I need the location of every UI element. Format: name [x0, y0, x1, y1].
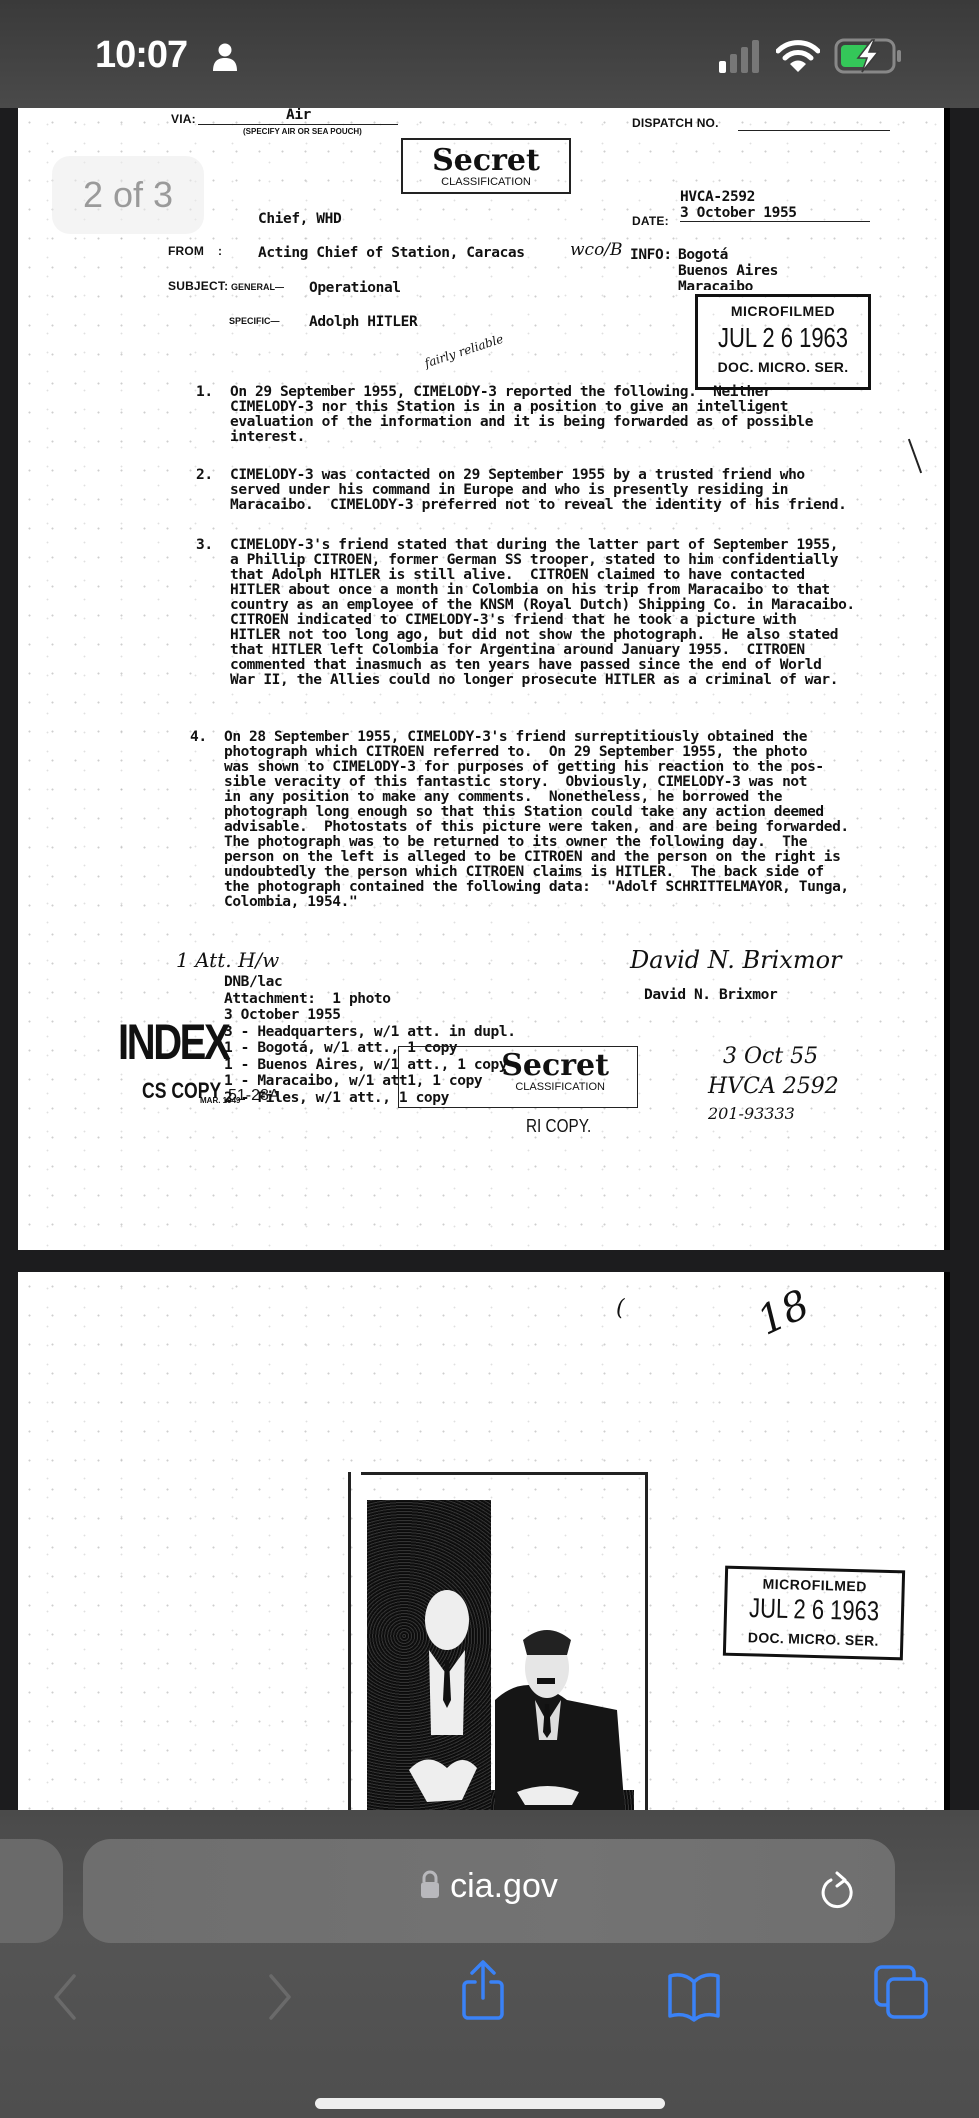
cellular-signal-icon	[718, 39, 762, 73]
via-hint: (SPECIFY AIR OR SEA POUCH)	[243, 127, 362, 136]
classification-box-bottom: Secret CLASSIFICATION	[398, 1046, 638, 1108]
document-page-2: 18 ( MICROFILMED JUL 2 6 1963	[18, 1272, 950, 1812]
address-bar[interactable]: cia.gov	[83, 1839, 895, 1943]
book-icon	[664, 1972, 724, 2022]
handwritten-date: 3 Oct 55	[723, 1044, 818, 1069]
date-label: DATE:	[632, 214, 669, 228]
chevron-right-icon	[265, 1972, 295, 2022]
photo-figures	[367, 1500, 637, 1812]
back-button[interactable]	[50, 1972, 80, 2027]
attached-photograph	[348, 1472, 648, 1812]
handwritten-page-number: 18	[751, 1281, 817, 1344]
index-stamp: INDEX	[118, 1013, 228, 1071]
wifi-icon	[776, 39, 820, 73]
home-indicator[interactable]	[315, 2098, 665, 2109]
via-label: VIA:	[171, 112, 196, 126]
chevron-left-icon	[50, 1972, 80, 2022]
document-viewer[interactable]: VIA: Air (SPECIFY AIR OR SEA POUCH) DISP…	[0, 108, 979, 1810]
ri-copy-stamp: RI COPY.	[526, 1116, 591, 1137]
forward-button[interactable]	[265, 1972, 295, 2027]
specific-value: Adolph HITLER	[309, 315, 417, 330]
via-value: Air	[286, 108, 311, 123]
reload-icon[interactable]	[817, 1867, 857, 1915]
signature-typed: David N. Brixmor	[644, 988, 777, 1003]
person-icon	[212, 42, 238, 72]
from-handwritten: wco/B	[570, 240, 623, 260]
to-value: Chief, WHD	[258, 212, 341, 227]
document-page-1: VIA: Air (SPECIFY AIR OR SEA POUCH) DISP…	[18, 108, 950, 1250]
from-label: FROM	[168, 244, 204, 258]
microfilm-stamp: MICROFILMED JUL 2 6 1963 DOC. MICRO. SER…	[695, 294, 871, 390]
page-counter: 2 of 3	[52, 156, 204, 234]
from-value: Acting Chief of Station, Caracas	[258, 246, 525, 261]
signature: David N. Brixmor	[630, 946, 842, 974]
info-value-2: Buenos Aires	[678, 264, 778, 279]
lock-icon	[420, 1869, 440, 1899]
status-time: 10:07	[95, 34, 187, 77]
info-value-3: Maracaibo	[678, 280, 753, 290]
handwritten-note: fairly reliable	[423, 332, 505, 371]
microfilm-stamp-page-2: MICROFILMED JUL 2 6 1963 DOC. MICRO. SER…	[723, 1566, 905, 1661]
share-icon	[460, 1960, 506, 2020]
specific-label: SPECIFIC—	[229, 316, 280, 326]
status-bar: 10:07	[0, 0, 979, 108]
subject-label: SUBJECT:	[168, 279, 228, 293]
handwritten-file-number: 201-93333	[708, 1104, 795, 1123]
classification-box-top: Secret CLASSIFICATION	[401, 138, 571, 194]
general-label: GENERAL—	[231, 282, 284, 292]
share-button[interactable]	[460, 1960, 506, 2025]
handwritten-attachment-note: 1 Att. H/w	[176, 948, 279, 972]
general-value: Operational	[309, 281, 401, 296]
tabs-button[interactable]	[873, 1964, 929, 2025]
navigation-row	[0, 1960, 979, 2040]
info-label: INFO:	[630, 248, 672, 263]
browser-toolbar: cia.gov	[0, 1810, 979, 2118]
url-text: cia.gov	[450, 1867, 558, 1905]
battery-charging-icon	[834, 38, 904, 74]
dispatch-number: HVCA-2592	[680, 190, 755, 205]
tabs-icon	[873, 1964, 929, 2020]
date-value: 3 October 1955	[680, 206, 870, 222]
form-number: 51-28A	[228, 1087, 280, 1105]
bookmarks-button[interactable]	[664, 1972, 724, 2027]
handwritten-dispatch: HVCA 2592	[708, 1074, 839, 1099]
info-value-1: Bogotá	[678, 248, 728, 263]
dispatch-label: DISPATCH NO.	[632, 116, 719, 130]
margin-mark	[908, 439, 922, 474]
previous-tab-peek[interactable]	[0, 1839, 63, 1943]
